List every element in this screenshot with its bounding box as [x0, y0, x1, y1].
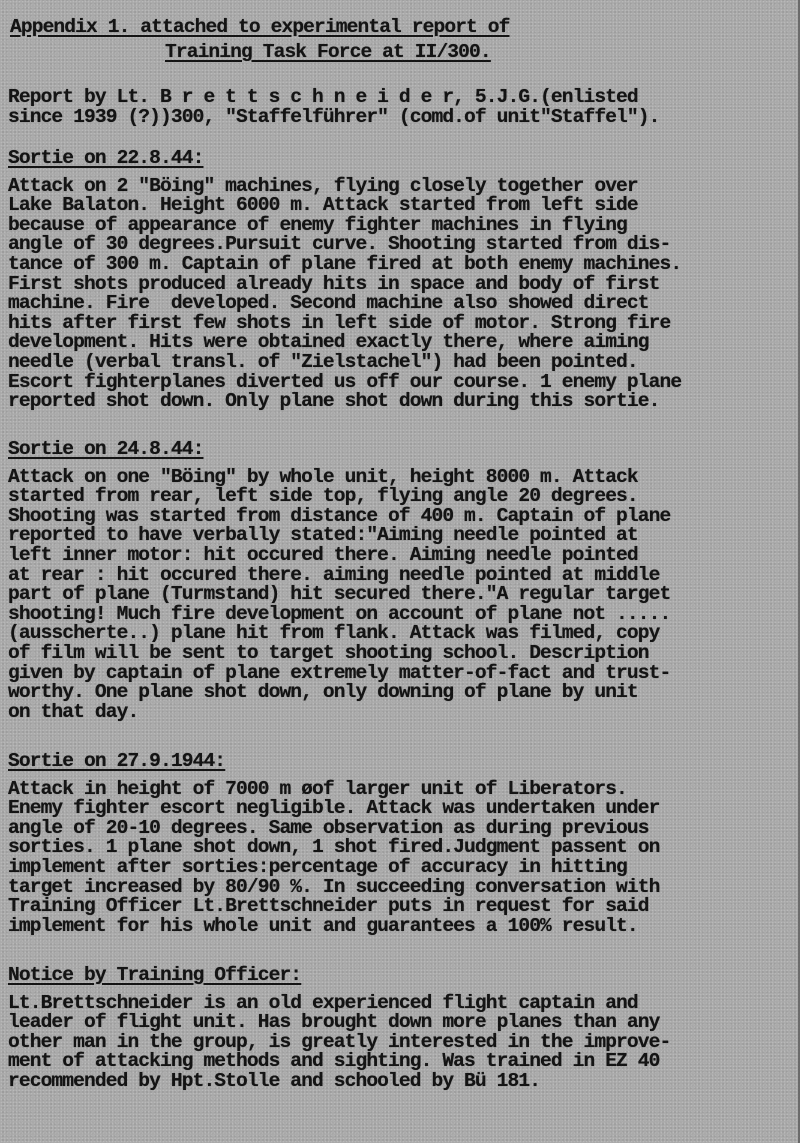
section-sortie-24-8-44: Sortie on 24.8.44:Attack on one "Böing" … [8, 440, 670, 722]
section-line: implement after sorties:percentage of ac… [8, 858, 660, 878]
appendix-title: Appendix 1. attached to experimental rep… [10, 18, 510, 38]
section-line: reported shot down. Only plane shot down… [8, 392, 681, 412]
section-line: started from rear, left side top, flying… [8, 487, 670, 507]
section-sortie-22-8-44: Sortie on 22.8.44:Attack on 2 "Böing" ma… [8, 149, 681, 412]
section-heading: Sortie on 27.9.1944: [8, 752, 660, 772]
section-sortie-27-9-1944: Sortie on 27.9.1944:Attack in height of … [8, 752, 660, 936]
section-line: on that day. [8, 703, 670, 723]
section-line: leader of flight unit. Has brought down … [8, 1013, 670, 1033]
report-intro: Report by Lt. B r e t t s c h n e i d e … [8, 88, 660, 127]
appendix-title-line2: Training Task Force at II/300. [165, 43, 491, 63]
appendix-label: Appendix 1. [10, 16, 129, 38]
report-line: Report by Lt. B r e t t s c h n e i d e … [8, 88, 660, 108]
report-line: since 1939 (?))300, "Staffelführer" (com… [8, 108, 660, 128]
section-line: development. Hits were obtained exactly … [8, 333, 681, 353]
section-line: Lake Balaton. Height 6000 m. Attack star… [8, 196, 681, 216]
section-line: (ausscherte..) plane hit from flank. Att… [8, 624, 670, 644]
section-line: part of plane (Turmstand) hit secured th… [8, 585, 670, 605]
section-line: Enemy fighter escort negligible. Attack … [8, 799, 660, 819]
section-line: worthy. One plane shot down, only downin… [8, 683, 670, 703]
section-heading: Sortie on 24.8.44: [8, 440, 670, 460]
section-notice-training-officer: Notice by Training Officer:Lt.Brettschne… [8, 966, 670, 1092]
section-line: implement for his whole unit and guarant… [8, 917, 660, 937]
section-line: tance of 300 m. Captain of plane fired a… [8, 255, 681, 275]
section-line: machine. Fire developed. Second machine … [8, 294, 681, 314]
section-line: needle (verbal transl. of "Zielstachel")… [8, 353, 681, 373]
section-line: of film will be sent to target shooting … [8, 644, 670, 664]
section-heading: Notice by Training Officer: [8, 966, 670, 986]
section-heading: Sortie on 22.8.44: [8, 149, 681, 169]
section-line: recommended by Hpt.Stolle and schooled b… [8, 1072, 670, 1092]
appendix-title-line1: attached to experimental report of [129, 16, 509, 38]
section-line: left inner motor: hit occured there. Aim… [8, 546, 670, 566]
section-line: Training Officer Lt.Brettschneider puts … [8, 897, 660, 917]
